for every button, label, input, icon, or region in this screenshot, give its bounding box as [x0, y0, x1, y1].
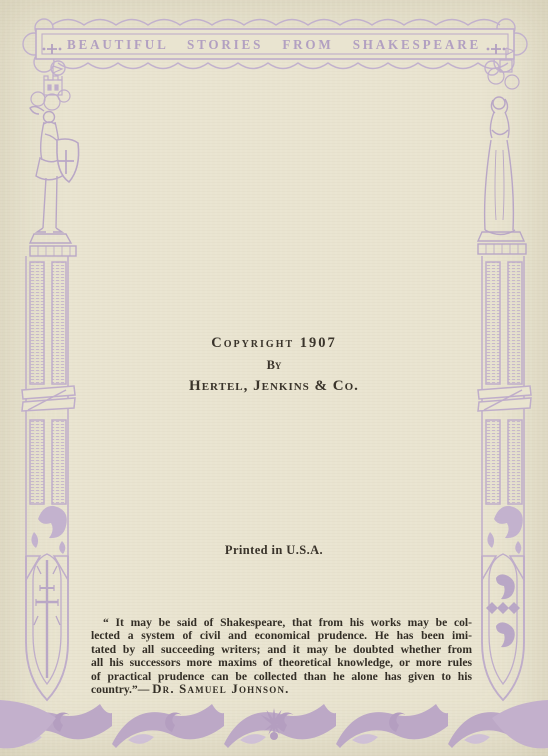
printed-in-usa-line: Printed in U.S.A. — [0, 543, 548, 558]
bottom-frieze-ornament — [0, 700, 548, 748]
quote-line: all his successors more maxims of theore… — [91, 656, 472, 669]
quote-attribution-line: country.”— Dr. Samuel Johnson. — [91, 683, 472, 696]
copyright-block: Copyright 1907 By Hertel, Jenkins & Co. — [0, 335, 548, 395]
quote-line: of practical prudence can be collected t… — [91, 670, 472, 683]
comma-diamond-ornament-icon — [486, 574, 520, 647]
quote-line: lected a system of civil and economical … — [91, 629, 472, 642]
quote-line: tated by all succeeding writers; and it … — [91, 643, 472, 656]
maiden-ornament-icon — [478, 97, 526, 254]
sword-cross-ornament-icon — [34, 560, 60, 678]
copyright-by-line: By — [0, 358, 548, 373]
quote-closing-text: country.”— — [91, 683, 152, 696]
johnson-quote-block: “ It may be said of Shakespeare, that fr… — [91, 616, 472, 696]
quote-attribution: Dr. Samuel Johnson. — [152, 682, 289, 696]
copyright-year-line: Copyright 1907 — [0, 335, 548, 352]
left-column-ornament — [22, 256, 75, 700]
banner-title: BEAUTIFUL STORIES FROM SHAKESPEARE — [67, 38, 481, 53]
publisher-line: Hertel, Jenkins & Co. — [0, 378, 548, 395]
book-copyright-page: BEAUTIFUL STORIES FROM SHAKESPEARE — [0, 0, 548, 756]
quote-line: “ It may be said of Shakespeare, that fr… — [91, 616, 472, 629]
knight-ornament-icon — [30, 107, 79, 256]
